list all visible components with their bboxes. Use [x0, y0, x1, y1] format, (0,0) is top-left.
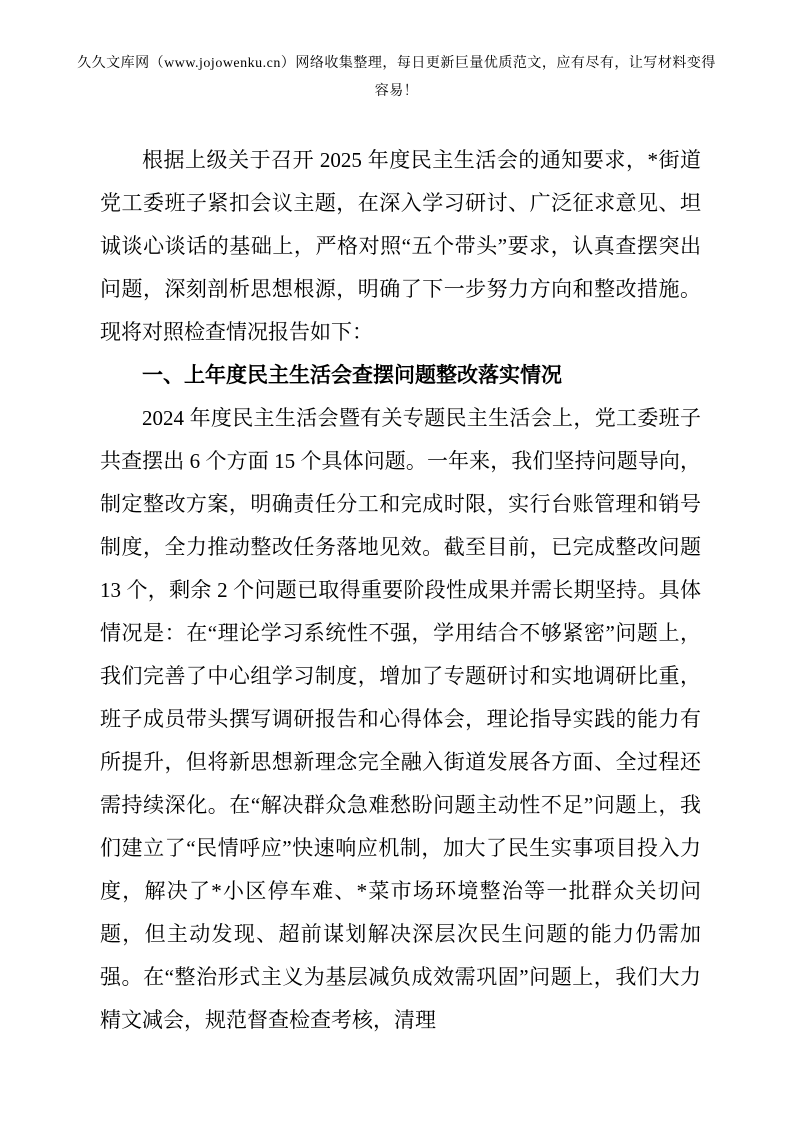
document-body: 根据上级关于召开 2025 年度民主生活会的通知要求，*街道党工委班子紧扣会议主… [100, 139, 701, 1042]
paragraph-rectification-status: 2024 年度民主生活会暨有关专题民主生活会上，党工委班子共查摆出 6 个方面 … [100, 397, 701, 1042]
section-heading-1: 一、上年度民主生活会查摆问题整改落实情况 [100, 354, 701, 397]
document-page: 久久文库网（www.jojowenku.cn）网络收集整理，每日更新巨量优质范文… [0, 0, 793, 1122]
site-watermark-header: 久久文库网（www.jojowenku.cn）网络收集整理，每日更新巨量优质范文… [72, 50, 721, 106]
paragraph-intro: 根据上级关于召开 2025 年度民主生活会的通知要求，*街道党工委班子紧扣会议主… [100, 139, 701, 354]
